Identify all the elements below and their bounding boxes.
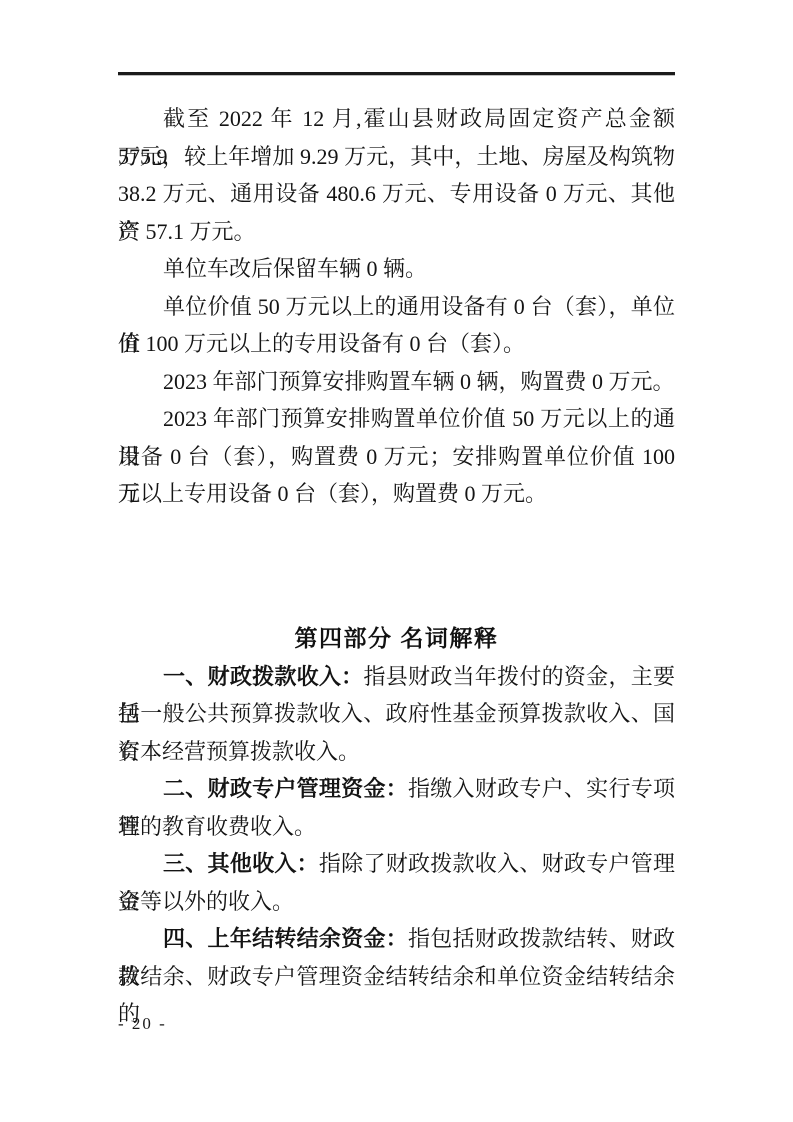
para-line: 括一般公共预算拨款收入、政府性基金预算拨款收入、国有	[118, 695, 675, 733]
page-number: - 20 -	[118, 1012, 167, 1036]
para-line: 38.2 万元、通用设备 480.6 万元、专用设备 0 万元、其他资	[118, 175, 675, 213]
para-line: 值 100 万元以上的专用设备有 0 台（套）。	[118, 325, 675, 363]
para-line: 单位价值 50 万元以上的通用设备有 0 台（套），单位价	[118, 288, 675, 326]
term-definition-other-income: 三、其他收入：指除了财政拨款收入、财政专户管理资 金等以外的收入。	[118, 845, 675, 920]
para-line: 理的教育收费收入。	[118, 808, 675, 846]
para-line: 二、财政专户管理资金：指缴入财政专户、实行专项管	[118, 770, 675, 808]
paragraph-fixed-assets: 截至 2022 年 12 月,霍山县财政局固定资产总金额 575.9 万元，较上…	[118, 100, 675, 250]
para-line: 三、其他收入：指除了财政拨款收入、财政专户管理资	[118, 845, 675, 883]
section-gap	[118, 513, 675, 621]
para-line: 万元，较上年增加 9.29 万元，其中，土地、房屋及构筑物	[118, 138, 675, 176]
paragraph-vehicles-retained: 单位车改后保留车辆 0 辆。	[118, 250, 675, 288]
term-definition-fiscal-appropriation-income: 一、财政拨款收入：指县财政当年拨付的资金，主要包 括一般公共预算拨款收入、政府性…	[118, 658, 675, 771]
para-line: 四、上年结转结余资金：指包括财政拨款结转、财政拨	[118, 920, 675, 958]
document-page: 截至 2022 年 12 月,霍山县财政局固定资产总金额 575.9 万元，较上…	[0, 0, 793, 1122]
header-rule	[118, 72, 675, 75]
term-definition-special-account-funds: 二、财政专户管理资金：指缴入财政专户、实行专项管 理的教育收费收入。	[118, 770, 675, 845]
term-label: 二、财政专户管理资金：	[163, 776, 408, 801]
term-label: 四、上年结转结余资金：	[163, 926, 408, 951]
para-line: 资本经营预算拨款收入。	[118, 733, 675, 771]
para-line: 单位车改后保留车辆 0 辆。	[118, 250, 675, 288]
para-line: 款结余、财政专户管理资金结转结余和单位资金结转结余的	[118, 958, 675, 996]
term-definition-carryover-funds: 四、上年结转结余资金：指包括财政拨款结转、财政拨 款结余、财政专户管理资金结转结…	[118, 920, 675, 995]
term-label: 三、其他收入：	[163, 851, 319, 876]
para-line: 2023 年部门预算安排购置车辆 0 辆，购置费 0 万元。	[118, 363, 675, 401]
paragraph-equipment-thresholds: 单位价值 50 万元以上的通用设备有 0 台（套），单位价 值 100 万元以上…	[118, 288, 675, 363]
para-line: 金等以外的收入。	[118, 883, 675, 921]
para-line: 一、财政拨款收入：指县财政当年拨付的资金，主要包	[118, 658, 675, 696]
para-line: 元以上专用设备 0 台（套），购置费 0 万元。	[118, 475, 675, 513]
section-heading: 第四部分 名词解释	[118, 620, 675, 658]
para-line: 产 57.1 万元。	[118, 213, 675, 251]
document-body: 截至 2022 年 12 月,霍山县财政局固定资产总金额 575.9 万元，较上…	[118, 100, 675, 995]
term-label: 一、财政拨款收入：	[163, 664, 363, 689]
paragraph-2023-equipment-budget: 2023 年部门预算安排购置单位价值 50 万元以上的通用 设备 0 台（套），…	[118, 400, 675, 513]
para-line: 截至 2022 年 12 月,霍山县财政局固定资产总金额 575.9	[118, 100, 675, 138]
para-line: 2023 年部门预算安排购置单位价值 50 万元以上的通用	[118, 400, 675, 438]
para-line: 设备 0 台（套），购置费 0 万元；安排购置单位价值 100 万	[118, 438, 675, 476]
paragraph-2023-vehicle-budget: 2023 年部门预算安排购置车辆 0 辆，购置费 0 万元。	[118, 363, 675, 401]
